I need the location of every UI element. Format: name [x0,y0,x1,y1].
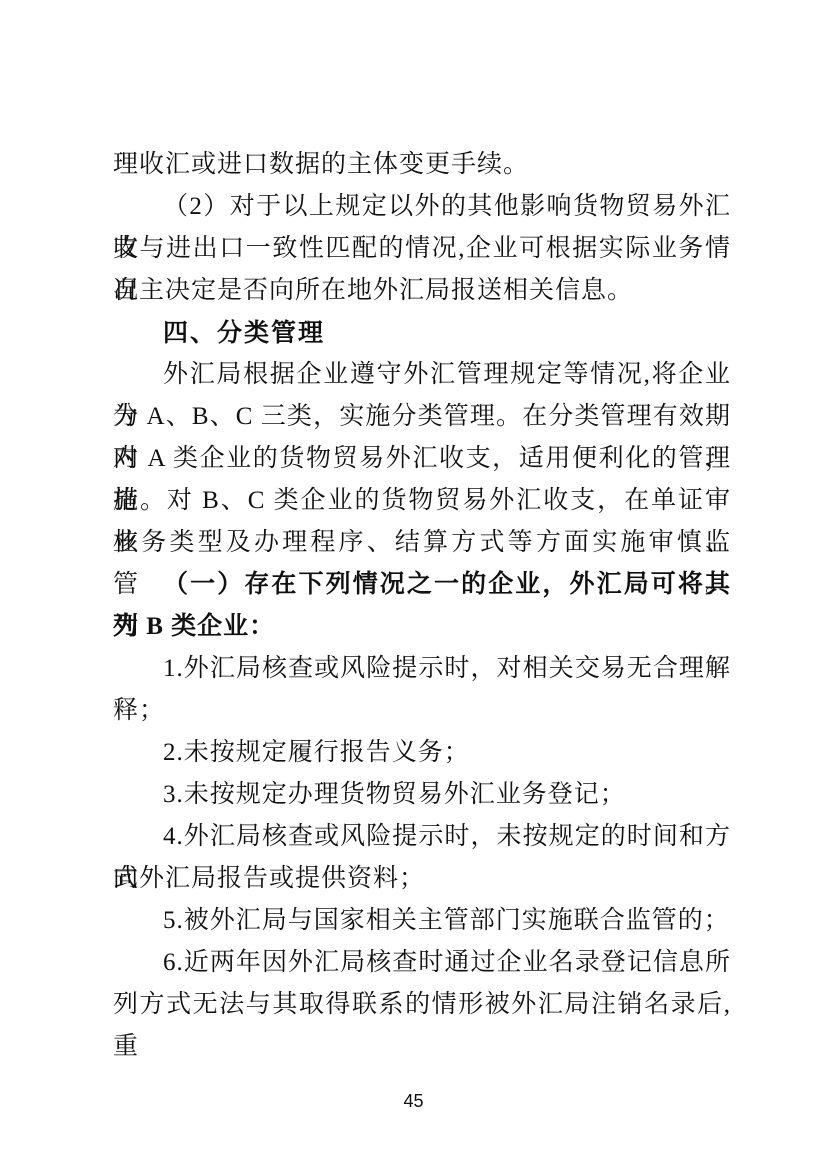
list-item: 2.未按规定履行报告义务； [113,732,731,774]
subsection-heading: （一）存在下列情况之一的企业，外汇局可将其列 [113,564,731,606]
text-line: 自主决定是否向所在地外汇局报送相关信息。 [113,270,731,312]
text-line: 为 A、B、C 三类，实施分类管理。在分类管理有效期内， [113,396,731,438]
subsection-heading: 为 B 类企业： [113,606,731,648]
list-item: 6.近两年因外汇局核查时通过企业名录登记信息所 [113,942,731,984]
text-line: 业务类型及办理程序、结算方式等方面实施审慎监管。 [113,522,731,564]
section-heading: 四、分类管理 [113,312,731,354]
text-line: 外汇局根据企业遵守外汇管理规定等情况,将企业分 [113,354,731,396]
document-page: 理收汇或进口数据的主体变更手续。 （2）对于以上规定以外的其他影响货物贸易外汇收… [0,0,827,1170]
list-item: 5.被外汇局与国家相关主管部门实施联合监管的； [113,900,731,942]
page-number: 45 [0,1091,827,1112]
list-item: 列方式无法与其取得联系的情形被外汇局注销名录后,重 [113,984,731,1026]
text-line: 施。对 B、C 类企业的货物贸易外汇收支，在单证审核、 [113,480,731,522]
text-line: 支与进出口一致性匹配的情况,企业可根据实际业务情况 [113,228,731,270]
text-line: 对 A 类企业的货物贸易外汇收支，适用便利化的管理措 [113,438,731,480]
list-item: 3.未按规定办理货物贸易外汇业务登记； [113,774,731,816]
text-line: （2）对于以上规定以外的其他影响货物贸易外汇收 [113,186,731,228]
list-item: 释； [113,690,731,732]
list-item: 1.外汇局核查或风险提示时，对相关交易无合理解 [113,648,731,690]
text-line: 理收汇或进口数据的主体变更手续。 [113,144,731,186]
document-body: 理收汇或进口数据的主体变更手续。 （2）对于以上规定以外的其他影响货物贸易外汇收… [113,144,731,1026]
list-item: 向外汇局报告或提供资料； [113,858,731,900]
list-item: 4.外汇局核查或风险提示时，未按规定的时间和方式 [113,816,731,858]
